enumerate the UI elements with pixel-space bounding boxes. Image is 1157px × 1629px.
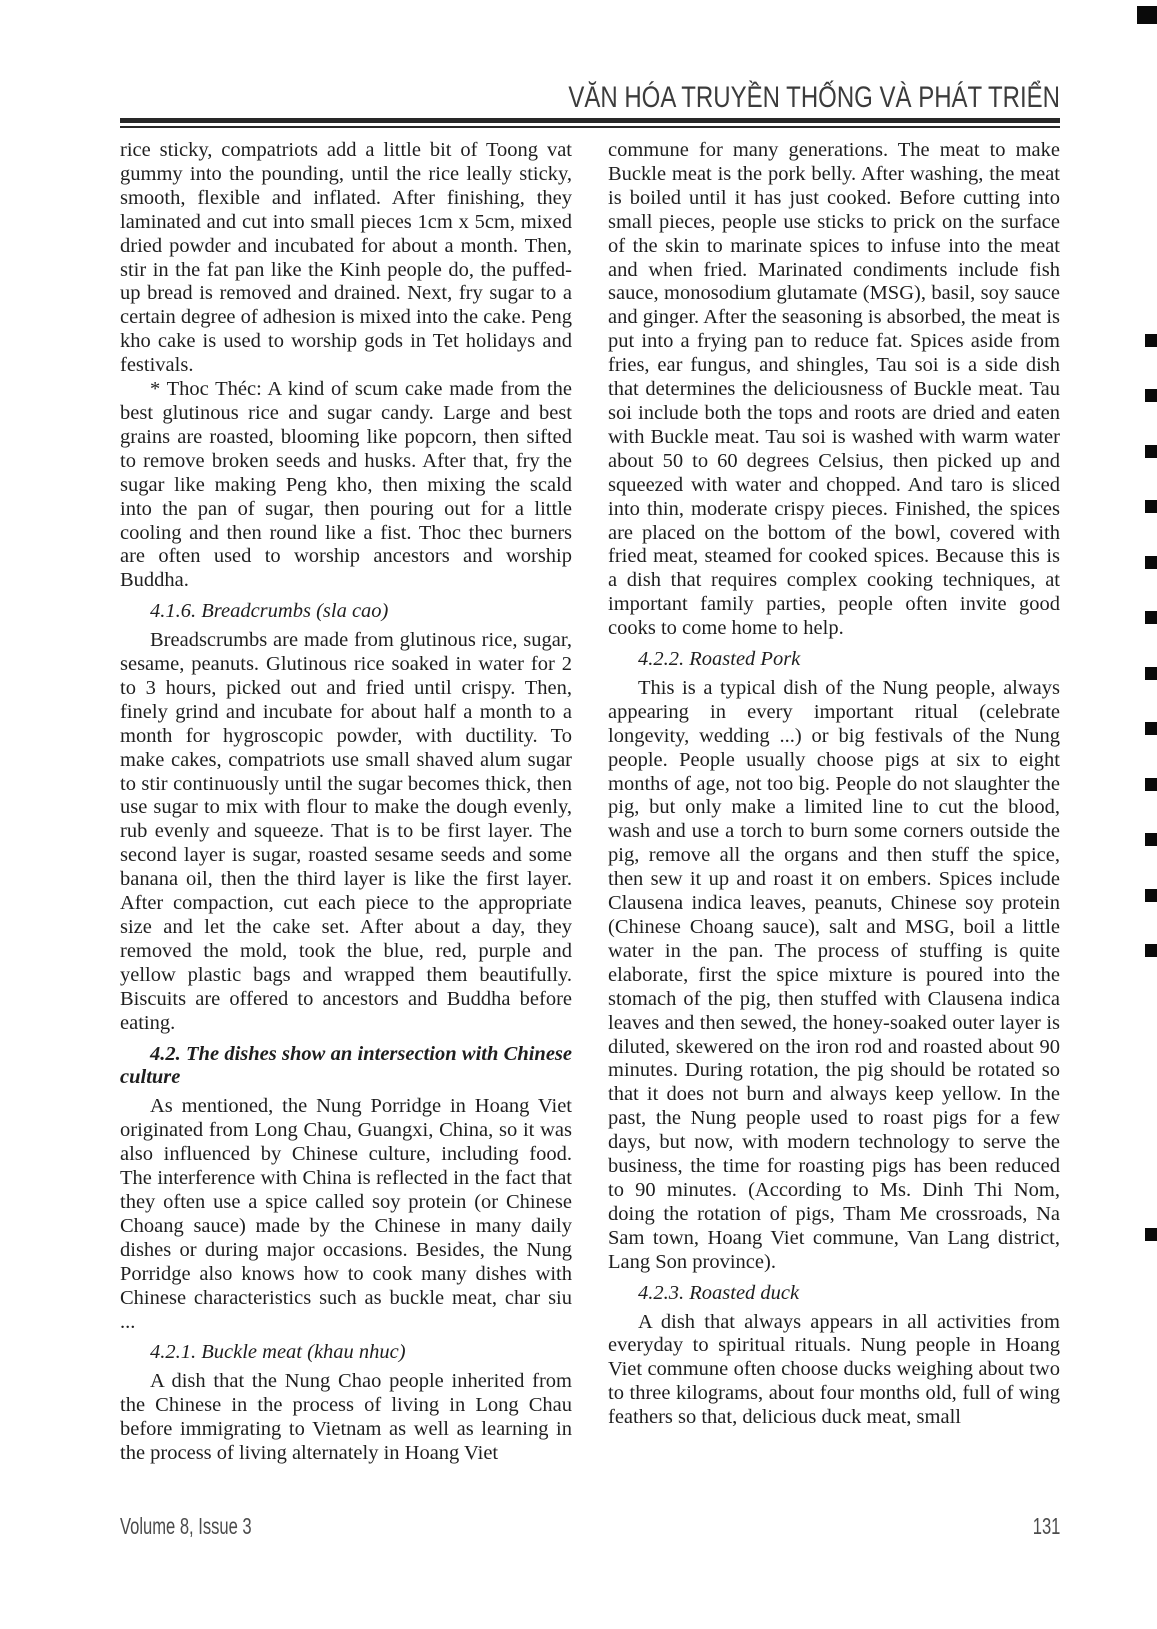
body-paragraph: commune for many generations. The meat t… — [608, 139, 1060, 641]
page-number: 131 — [1032, 1513, 1060, 1540]
scan-artifact-mark — [1145, 722, 1157, 735]
page-footer: Volume 8, Issue 3 131 — [120, 1513, 1060, 1540]
scan-artifact-mark — [1137, 6, 1157, 24]
body-paragraph: A dish that always appears in all activi… — [608, 1311, 1060, 1431]
volume-issue-label: Volume 8, Issue 3 — [120, 1513, 252, 1540]
body-paragraph: rice sticky, compatriots add a little bi… — [120, 139, 572, 378]
scan-artifact-mark — [1145, 389, 1157, 402]
subsection-heading: 4.2.1. Buckle meat (khau nhuc) — [120, 1341, 572, 1365]
right-column: commune for many generations. The meat t… — [608, 139, 1060, 1466]
section-heading: 4.2. The dishes show an intersection wit… — [120, 1043, 572, 1091]
journal-title: VĂN HÓA TRUYỀN THỐNG VÀ PHÁT TRIỂN — [308, 82, 1060, 114]
subsection-heading: 4.2.3. Roasted duck — [608, 1282, 1060, 1306]
scan-artifact-mark — [1145, 889, 1157, 902]
scan-artifact-mark — [1145, 944, 1157, 957]
scan-artifact-mark — [1145, 833, 1157, 846]
scan-artifact-mark — [1145, 611, 1157, 624]
header-rule — [120, 118, 1060, 128]
page-header: VĂN HÓA TRUYỀN THỐNG VÀ PHÁT TRIỂN — [120, 0, 1060, 128]
left-column: rice sticky, compatriots add a little bi… — [120, 139, 572, 1466]
scan-artifact-mark — [1145, 556, 1157, 569]
body-paragraph: As mentioned, the Nung Porridge in Hoang… — [120, 1095, 572, 1334]
article-body: rice sticky, compatriots add a little bi… — [120, 139, 1060, 1466]
scan-artifact-mark — [1145, 667, 1157, 680]
scan-artifact-mark — [1145, 778, 1157, 791]
body-paragraph: This is a typical dish of the Nung peopl… — [608, 677, 1060, 1275]
scan-artifact-mark — [1145, 334, 1157, 347]
journal-page: VĂN HÓA TRUYỀN THỐNG VÀ PHÁT TRIỂN rice … — [0, 0, 1157, 1629]
subsection-heading: 4.2.2. Roasted Pork — [608, 648, 1060, 672]
scan-artifact-mark — [1145, 1228, 1157, 1241]
subsection-heading: 4.1.6. Breadcrumbs (sla cao) — [120, 600, 572, 624]
body-paragraph: A dish that the Nung Chao people inherit… — [120, 1370, 572, 1466]
scan-artifact-mark — [1145, 500, 1157, 513]
body-paragraph: Breadscrumbs are made from glutinous ric… — [120, 629, 572, 1035]
scan-artifact-mark — [1145, 445, 1157, 458]
body-paragraph: * Thoc Théc: A kind of scum cake made fr… — [120, 378, 572, 593]
